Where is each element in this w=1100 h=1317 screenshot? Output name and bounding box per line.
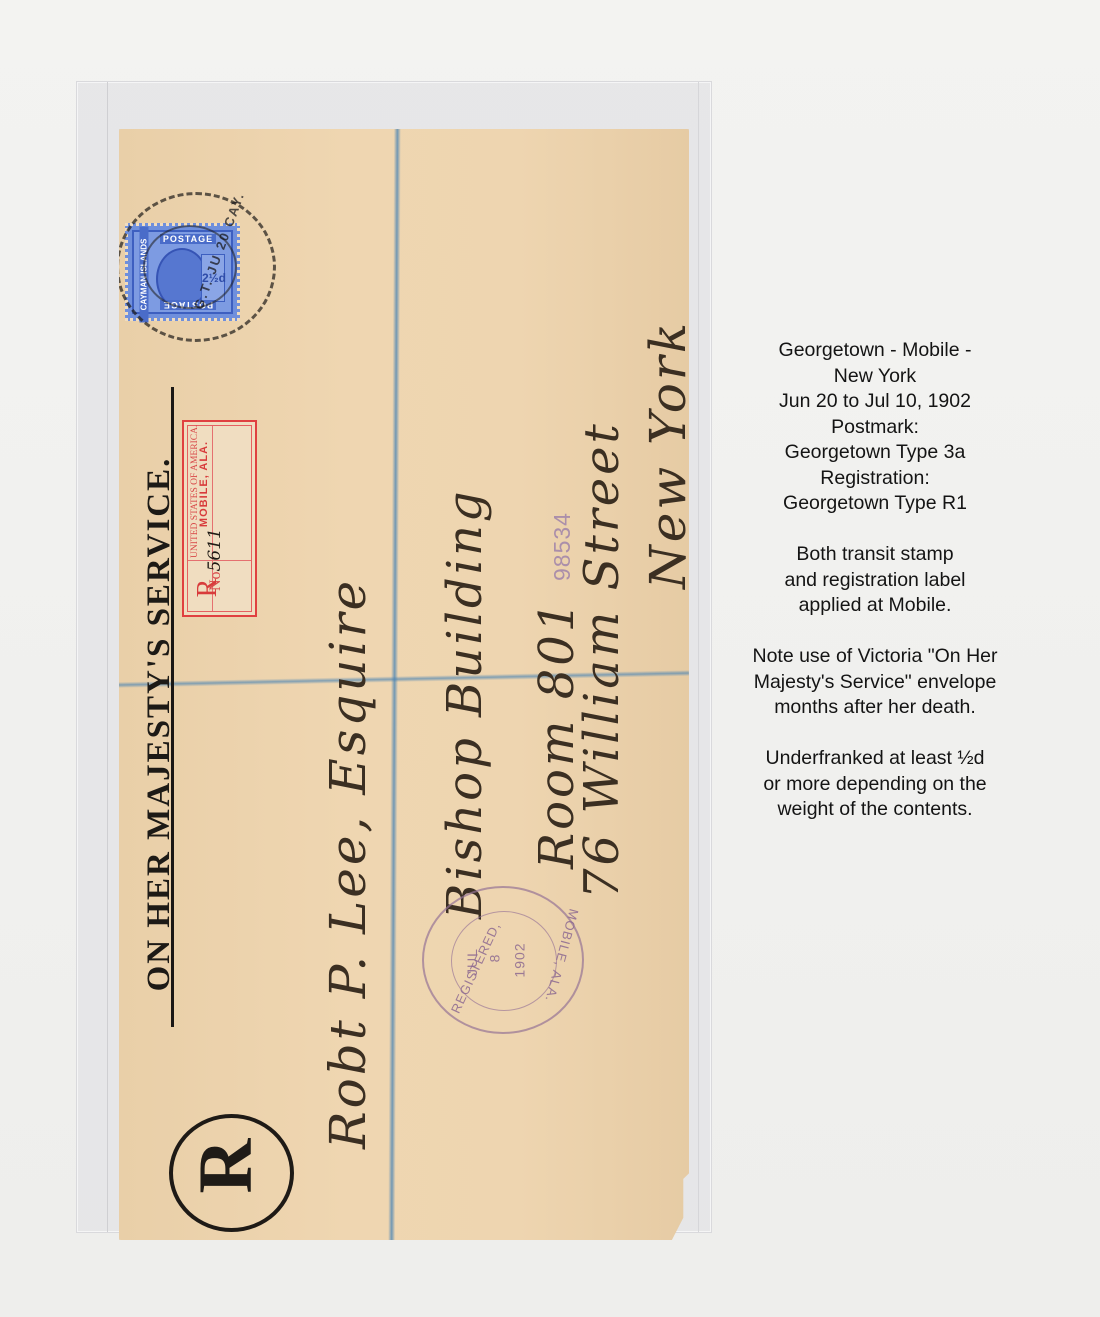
album-page: ON HER MAJESTY'S SERVICE. POSTAGE CAYMAN… (0, 0, 1100, 1317)
address-line-city: New York (639, 320, 697, 589)
annotation-line: weight of the contents. (725, 797, 1025, 823)
annotation-line: Georgetown Type 3a (725, 440, 1025, 466)
annotation-transit-paragraph: Both transit stamp and registration labe… (725, 542, 1025, 619)
address-line-building: Bishop Building (437, 488, 493, 919)
transit-number-stamp: 98534 (549, 512, 576, 581)
r-oval-letter: R (187, 1139, 263, 1194)
annotation-line: Georgetown Type R1 (725, 491, 1025, 517)
registration-letter: R (192, 568, 224, 608)
annotation-line: New York (725, 364, 1025, 390)
annotation-line: Georgetown - Mobile - (725, 338, 1025, 364)
annotation-line: Note use of Victoria "On Her (725, 644, 1025, 670)
blue-crayon-registration-line-vertical (388, 129, 401, 1240)
annotation-line: or more depending on the (725, 772, 1025, 798)
registration-label-city: MOBILE, ALA. (198, 434, 210, 534)
annotation-line: and registration label (725, 568, 1025, 594)
registration-number-handwritten: 5611 (205, 528, 225, 571)
annotation-line: Registration: (725, 466, 1025, 492)
georgetown-postmark: G.T. JU 20 CAY. (116, 192, 276, 342)
annotation-underfranked-paragraph: Underfranked at least ½d or more dependi… (725, 746, 1025, 823)
annotation-line: Postmark: (725, 415, 1025, 441)
address-line-street: 76 William Street (574, 421, 630, 899)
handstamp-month: JUL (464, 948, 480, 976)
annotation-line: Jun 20 to Jul 10, 1902 (725, 389, 1025, 415)
mount-edge-line (107, 82, 108, 1232)
registered-cover-envelope: ON HER MAJESTY'S SERVICE. POSTAGE CAYMAN… (119, 129, 689, 1240)
annotation-line: Underfranked at least ½d (725, 746, 1025, 772)
mount-edge-line (698, 82, 699, 1232)
annotation-line: applied at Mobile. (725, 593, 1025, 619)
r-in-oval-handstamp: R (169, 1114, 294, 1232)
address-line-name: Robt P. Lee, Esquire (319, 578, 377, 1149)
annotation-victoria-paragraph: Note use of Victoria "On Her Majesty's S… (725, 644, 1025, 721)
handstamp-day: 8 (486, 954, 502, 963)
annotation-line: Majesty's Service" envelope (725, 670, 1025, 696)
annotation-line: months after her death. (725, 695, 1025, 721)
handstamp-year: 1902 (512, 942, 528, 977)
registration-label: UNITED STATES OF AMERICA. MOBILE, ALA. N… (182, 420, 257, 617)
mobile-registered-handstamp: REGISTERED, MOBILE, ALA. JUL 8 1902 (422, 886, 584, 1034)
annotation-line: Both transit stamp (725, 542, 1025, 568)
annotation-route-paragraph: Georgetown - Mobile - New York Jun 20 to… (725, 338, 1025, 517)
album-annotation: Georgetown - Mobile - New York Jun 20 to… (725, 338, 1025, 848)
